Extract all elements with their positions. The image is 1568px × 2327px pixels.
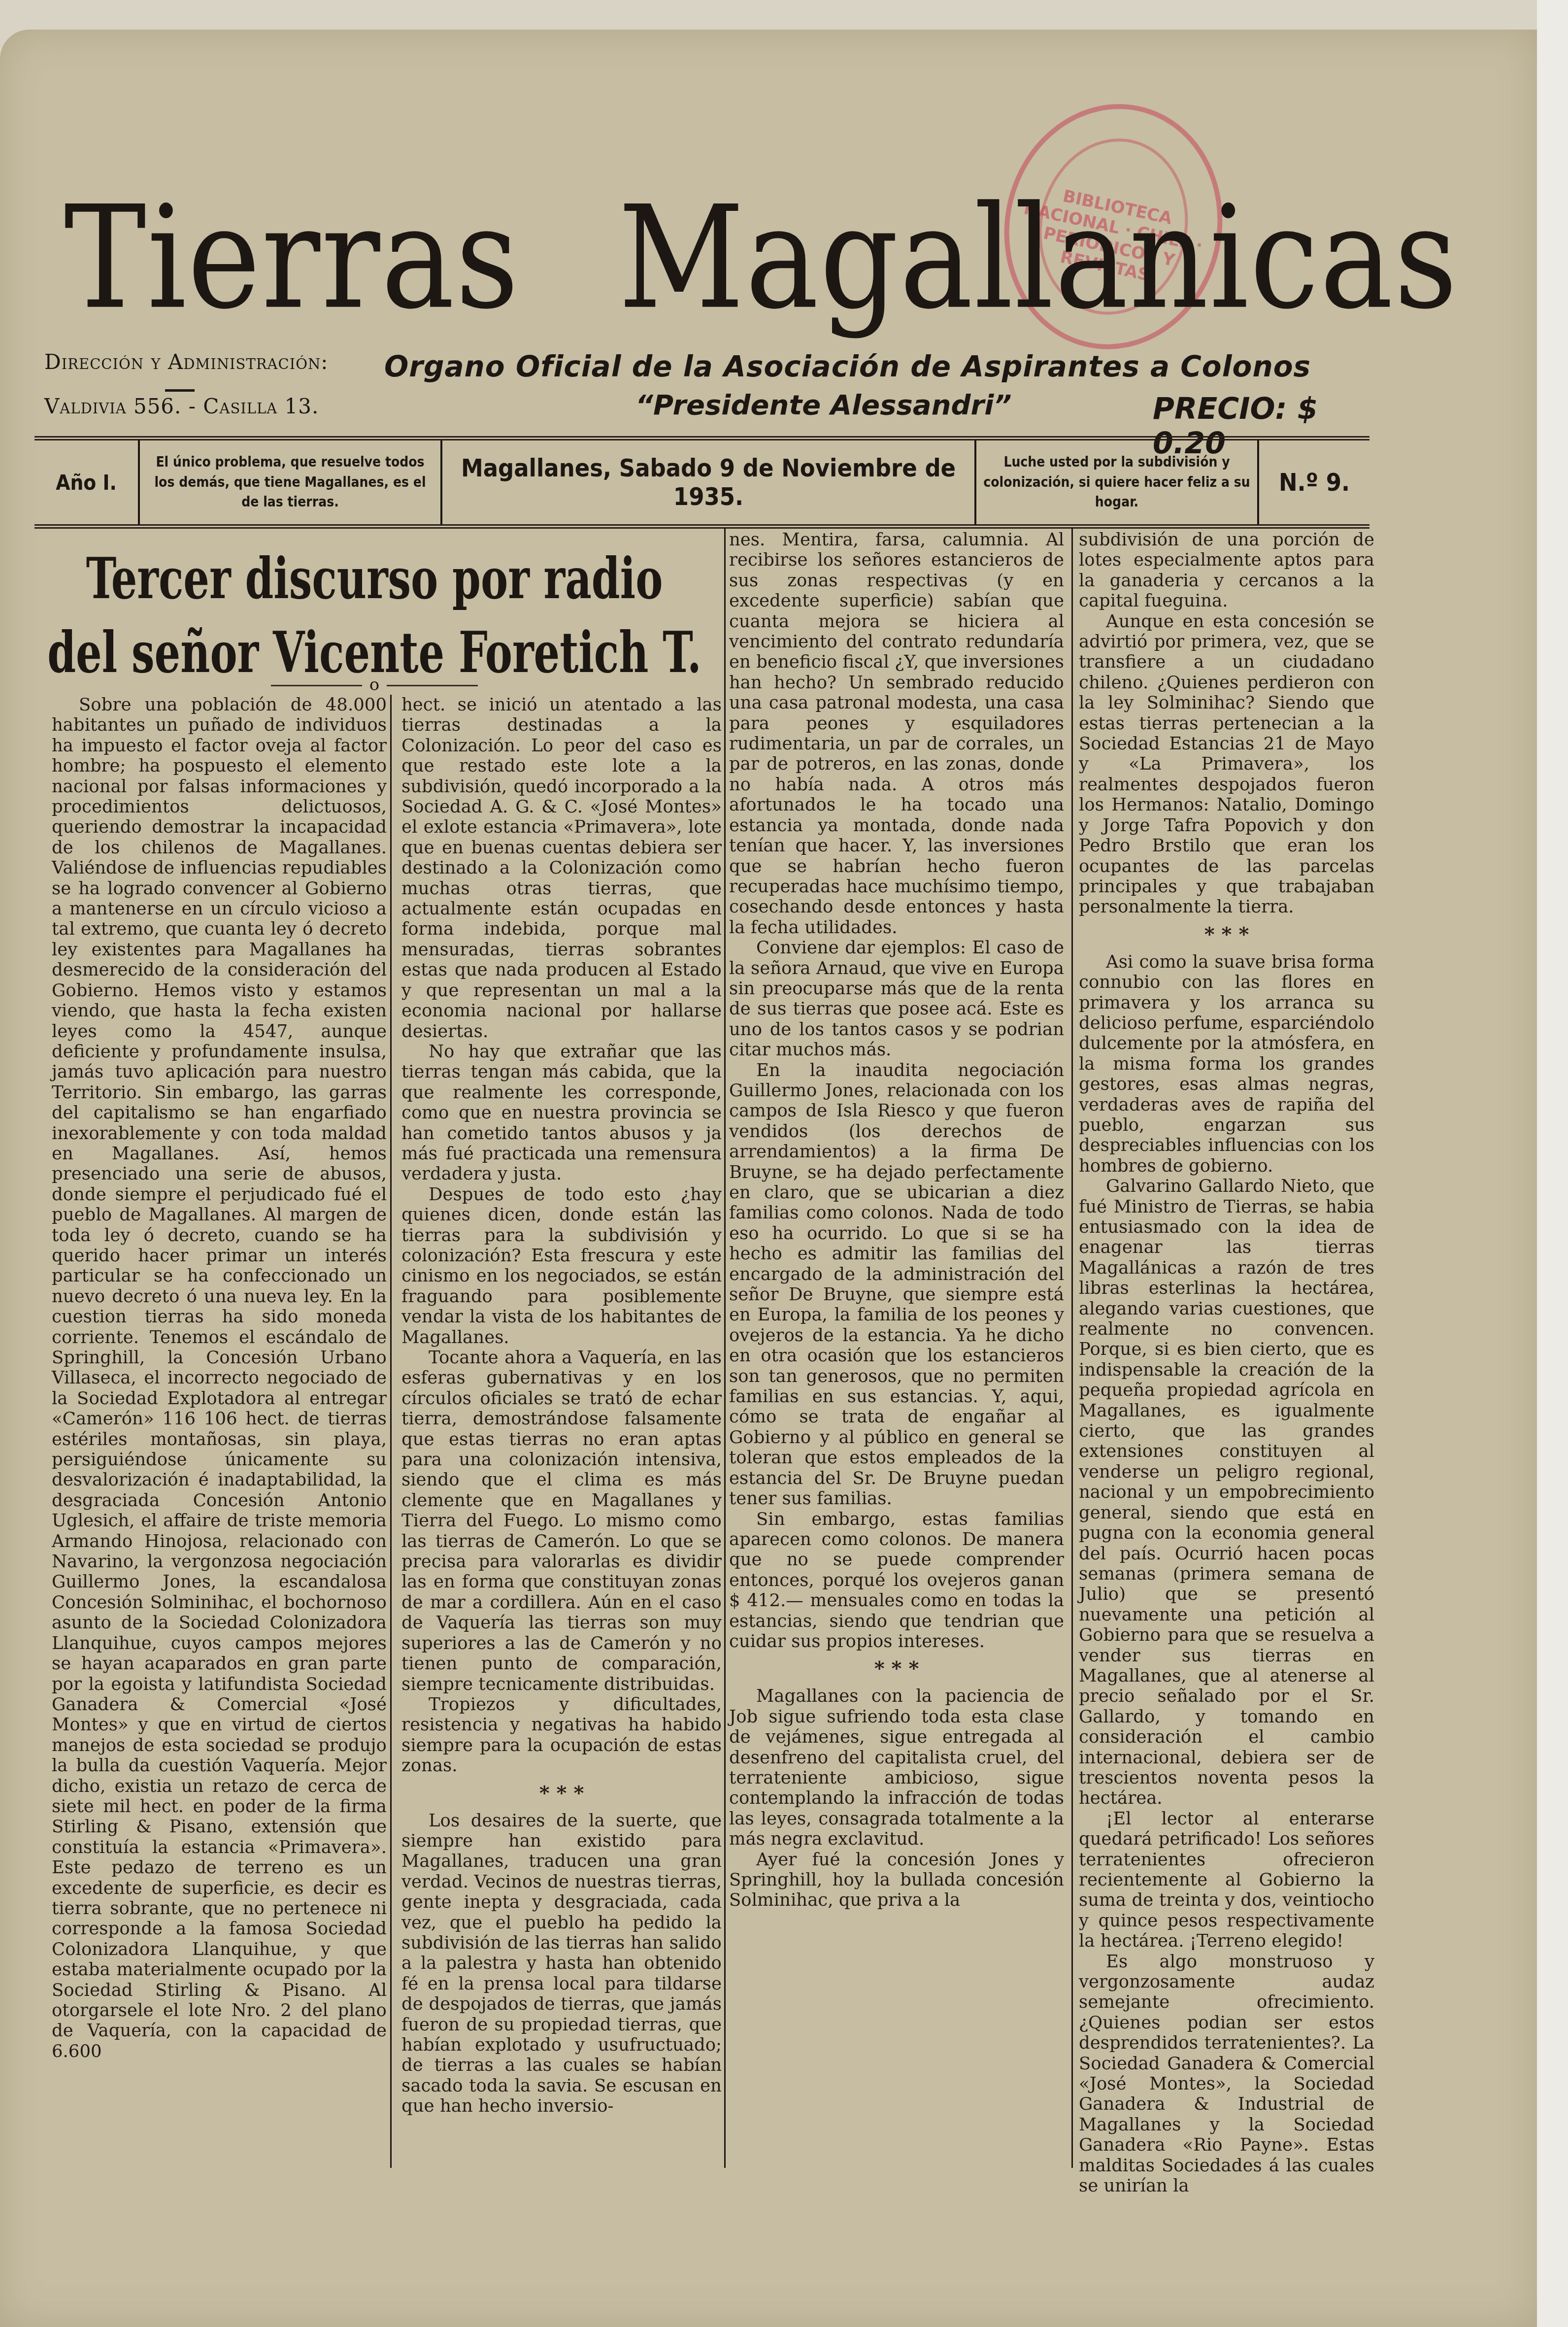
section-asterisks: * * * — [729, 1661, 1064, 1676]
article-column-4: subdivisión de una porción de lotes espe… — [1079, 530, 1374, 2196]
paragraph: hect. se inició un atentado a las tierra… — [401, 695, 722, 1042]
organ-tagline: Organo Oficial de la Asociación de Aspir… — [384, 350, 1311, 383]
address-label: Dirección y Administración: — [44, 350, 328, 374]
article-column-3: nes. Mentira, farsa, calumnia. Al recibi… — [729, 530, 1064, 1911]
paragraph: Tocante ahora a Vaquería, en las esferas… — [401, 1348, 722, 1694]
subheader: Dirección y Administración: Valdivia 556… — [44, 350, 1365, 429]
column-rule — [1071, 527, 1073, 2168]
ornament-divider: o — [271, 675, 478, 695]
newspaper-title: TierrasMagallanicas — [64, 187, 1345, 329]
paragraph: No hay que extrañar que las tierras teng… — [401, 1042, 722, 1184]
title-word-2: Magallanicas — [618, 175, 1458, 340]
motto-left: El único problema, que resuelve todos lo… — [138, 440, 440, 524]
article: Tercer discurso por radio del señor Vice… — [34, 527, 1389, 2183]
paragraph: Sin embargo, estas familias aparecen com… — [729, 1509, 1064, 1652]
paragraph: Magallanes con la paciencia de Job sigue… — [729, 1686, 1064, 1849]
paragraph: Despues de todo esto ¿hay quienes dicen,… — [401, 1184, 722, 1348]
issue-info-band: Año I. El único problema, que resuelve t… — [34, 436, 1369, 529]
article-column-2: hect. se inició un atentado a las tierra… — [401, 695, 722, 2117]
title-word-1: Tierras — [64, 175, 520, 340]
issue-number: N.º 9. — [1257, 440, 1369, 524]
column-rule — [724, 527, 726, 2168]
president-tagline: “Presidente Alessandri” — [635, 389, 1012, 421]
article-headline: Tercer discurso por radio del señor Vice… — [44, 542, 704, 689]
scan-margin — [1537, 0, 1568, 2327]
paragraph: ¡El lector al enterarse quedará petrific… — [1079, 1809, 1374, 1952]
paragraph: Tropiezos y dificultades, resistencia y … — [401, 1694, 722, 1776]
paragraph: En la inaudita negociación Guillermo Jon… — [729, 1060, 1064, 1509]
article-column-1: Sobre una población de 48.000 habitantes… — [52, 695, 387, 2061]
paragraph: Ayer fué la concesión Jones y Springhill… — [729, 1850, 1064, 1911]
paragraph: Sobre una población de 48.000 habitantes… — [52, 695, 387, 2061]
issue-year: Año I. — [34, 440, 138, 524]
paragraph: Asi como la suave brisa forma connubio c… — [1079, 952, 1374, 1176]
address-divider — [165, 389, 195, 392]
section-asterisks: * * * — [1079, 927, 1374, 942]
section-asterisks: * * * — [401, 1786, 722, 1801]
address-value: Valdivia 556. - Casilla 13. — [44, 394, 319, 418]
paragraph: Conviene dar ejemplos: El caso de la señ… — [729, 938, 1064, 1060]
paragraph: subdivisión de una porción de lotes espe… — [1079, 530, 1374, 611]
paragraph: Los desaires de la suerte, que siempre h… — [401, 1811, 722, 2117]
paragraph: Galvarino Gallardo Nieto, que fué Minist… — [1079, 1176, 1374, 1809]
paragraph: nes. Mentira, farsa, calumnia. Al recibi… — [729, 530, 1064, 938]
motto-right: Luche usted por la subdivisión y coloniz… — [974, 440, 1257, 524]
issue-date: Magallanes, Sabado 9 de Noviembre de 193… — [440, 440, 974, 524]
column-rule — [390, 695, 392, 2168]
paragraph: Es algo monstruoso y vergonzosamente aud… — [1079, 1952, 1374, 2196]
paragraph: Aunque en esta concesión se advirtió por… — [1079, 611, 1374, 917]
